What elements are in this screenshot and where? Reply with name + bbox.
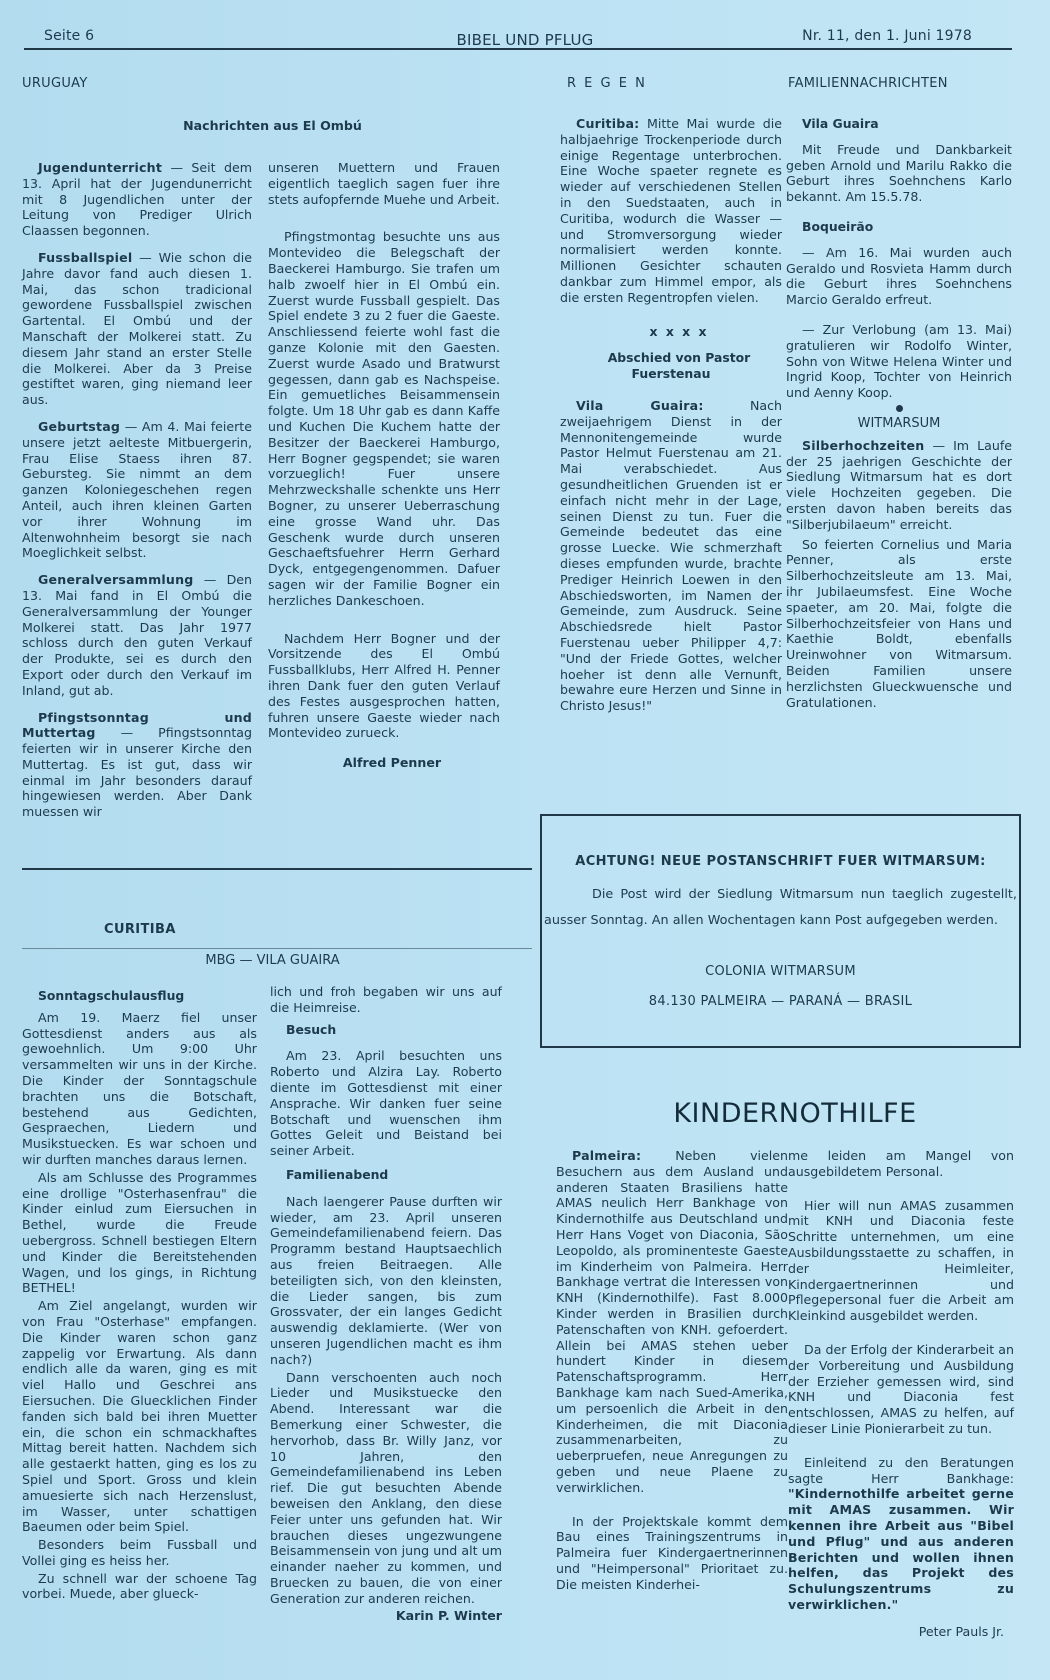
kindernothilfe-title: KINDERNOTHILFE [540, 1098, 1050, 1129]
section-familien: FAMILIENNACHRICHTEN [788, 76, 948, 91]
section-curitiba: CURITIBA [104, 922, 176, 937]
kinder-column-2: me leiden am Mangel von ausgebildetem Pe… [788, 1148, 1014, 1651]
article-item: Pfingstsonntag und Muttertag — Pfingstso… [22, 710, 252, 821]
notice-title: ACHTUNG! NEUE POSTANSCHRIFT FUER WITMARS… [542, 854, 1019, 869]
separator: x x x x [560, 324, 782, 340]
issue-date: Nr. 11, den 1. Juni 1978 [802, 28, 972, 44]
curitiba-column-1: Sonntagschulausflug Am 19. Maerz fiel un… [22, 988, 257, 1604]
section-uruguay: URUGUAY [22, 76, 88, 91]
newspaper-page: Seite 6 BIBEL UND PFLUG Nr. 11, den 1. J… [0, 0, 1050, 1680]
uruguay-column-2: unseren Muettern und Frauen eigentlich t… [268, 160, 500, 782]
article-item: Generalversammlung — Den 13. Mai fand in… [22, 572, 252, 698]
curitiba-author: Karin P. Winter [270, 1608, 502, 1624]
bullet-dot [896, 405, 903, 412]
uruguay-author: Alfred Penner [268, 755, 500, 771]
uruguay-column-1: Jugendunterricht — Seit dem 13. April ha… [22, 160, 252, 831]
notice-box: ACHTUNG! NEUE POSTANSCHRIFT FUER WITMARS… [540, 814, 1021, 1048]
subsection-mbg: MBG — VILA GUAIRA [0, 953, 545, 968]
article-item: Jugendunterricht — Seit dem 13. April ha… [22, 160, 252, 239]
section-regen: R E G E N [567, 76, 647, 91]
curitiba-column-2: lich und froh begaben wir uns auf die He… [270, 984, 502, 1635]
section-witmarsum: WITMARSUM [786, 416, 1012, 432]
header-rule [24, 48, 1012, 50]
address-line-1: COLONIA WITMARSUM [542, 964, 1019, 979]
notice-body: Die Post wird der Siedlung Witmarsum nun… [544, 882, 1017, 934]
thin-divider [22, 948, 532, 949]
address-line-2: 84.130 PALMEIRA — PARANÁ — BRASIL [542, 994, 1019, 1009]
article-item: Fussballspiel — Wie schon die Jahre davo… [22, 250, 252, 408]
kinder-author: Peter Pauls Jr. [788, 1624, 1004, 1640]
article-item: Geburtstag — Am 4. Mai feierte unsere je… [22, 419, 252, 561]
farewell-title: Abschied von Pastor Fuerstenau [560, 350, 782, 382]
familien-column: Vila Guaira Mit Freude und Dankbarkeit g… [786, 116, 1012, 721]
section-divider [22, 868, 532, 870]
regen-column: Curitiba: Mitte Mai wurde die halbjaehri… [560, 116, 782, 725]
uruguay-title: Nachrichten aus El Ombú [0, 118, 545, 133]
kinder-column-1: Palmeira: Neben vielen Besuchern aus dem… [556, 1148, 788, 1604]
